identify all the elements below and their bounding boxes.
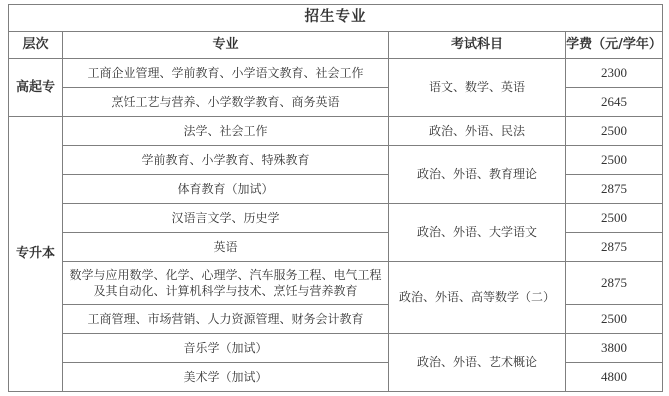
fee-cell: 2500 [566, 204, 663, 233]
major-cell: 英语 [63, 233, 389, 262]
page-canvas: 招生专业 层次 专业 考试科目 学费（元/学年） 高起专 工商企业管理、学前教育… [0, 0, 669, 396]
fee-cell: 3800 [566, 334, 663, 363]
fee-cell: 2875 [566, 175, 663, 204]
subjects-cell: 政治、外语、高等数学（二） [389, 262, 566, 334]
table-row: 汉语言文学、历史学 政治、外语、大学语文 2500 [9, 204, 663, 233]
subjects-cell: 政治、外语、大学语文 [389, 204, 566, 262]
subjects-cell: 政治、外语、教育理论 [389, 146, 566, 204]
subjects-cell: 政治、外语、民法 [389, 117, 566, 146]
major-cell: 汉语言文学、历史学 [63, 204, 389, 233]
fee-cell: 2645 [566, 88, 663, 117]
fee-cell: 2875 [566, 262, 663, 305]
subjects-cell: 政治、外语、艺术概论 [389, 334, 566, 392]
table-row: 专升本 法学、社会工作 政治、外语、民法 2500 [9, 117, 663, 146]
col-header-subjects: 考试科目 [389, 32, 566, 59]
table-title-row: 招生专业 [9, 5, 663, 32]
admissions-table: 招生专业 层次 专业 考试科目 学费（元/学年） 高起专 工商企业管理、学前教育… [8, 4, 663, 392]
fee-cell: 2875 [566, 233, 663, 262]
level-cell-zhuanshengben: 专升本 [9, 117, 63, 392]
fee-cell: 4800 [566, 363, 663, 392]
fee-cell: 2300 [566, 59, 663, 88]
table-row: 数学与应用数学、化学、心理学、汽车服务工程、电气工程及其自动化、计算机科学与技术… [9, 262, 663, 305]
subjects-cell: 语文、数学、英语 [389, 59, 566, 117]
fee-cell: 2500 [566, 305, 663, 334]
col-header-level: 层次 [9, 32, 63, 59]
table-title: 招生专业 [9, 5, 663, 32]
major-cell: 工商企业管理、学前教育、小学语文教育、社会工作 [63, 59, 389, 88]
table-row: 学前教育、小学教育、特殊教育 政治、外语、教育理论 2500 [9, 146, 663, 175]
table-row: 高起专 工商企业管理、学前教育、小学语文教育、社会工作 语文、数学、英语 230… [9, 59, 663, 88]
major-cell: 音乐学（加试） [63, 334, 389, 363]
major-cell: 工商管理、市场营销、人力资源管理、财务会计教育 [63, 305, 389, 334]
level-cell-gaoqizhuan: 高起专 [9, 59, 63, 117]
major-cell: 美术学（加试） [63, 363, 389, 392]
fee-cell: 2500 [566, 117, 663, 146]
col-header-fee: 学费（元/学年） [566, 32, 663, 59]
major-cell: 法学、社会工作 [63, 117, 389, 146]
fee-cell: 2500 [566, 146, 663, 175]
major-cell: 烹饪工艺与营养、小学数学教育、商务英语 [63, 88, 389, 117]
table-header-row: 层次 专业 考试科目 学费（元/学年） [9, 32, 663, 59]
major-cell: 学前教育、小学教育、特殊教育 [63, 146, 389, 175]
major-cell: 数学与应用数学、化学、心理学、汽车服务工程、电气工程及其自动化、计算机科学与技术… [63, 262, 389, 305]
table-row: 音乐学（加试） 政治、外语、艺术概论 3800 [9, 334, 663, 363]
major-cell: 体育教育（加试） [63, 175, 389, 204]
col-header-major: 专业 [63, 32, 389, 59]
